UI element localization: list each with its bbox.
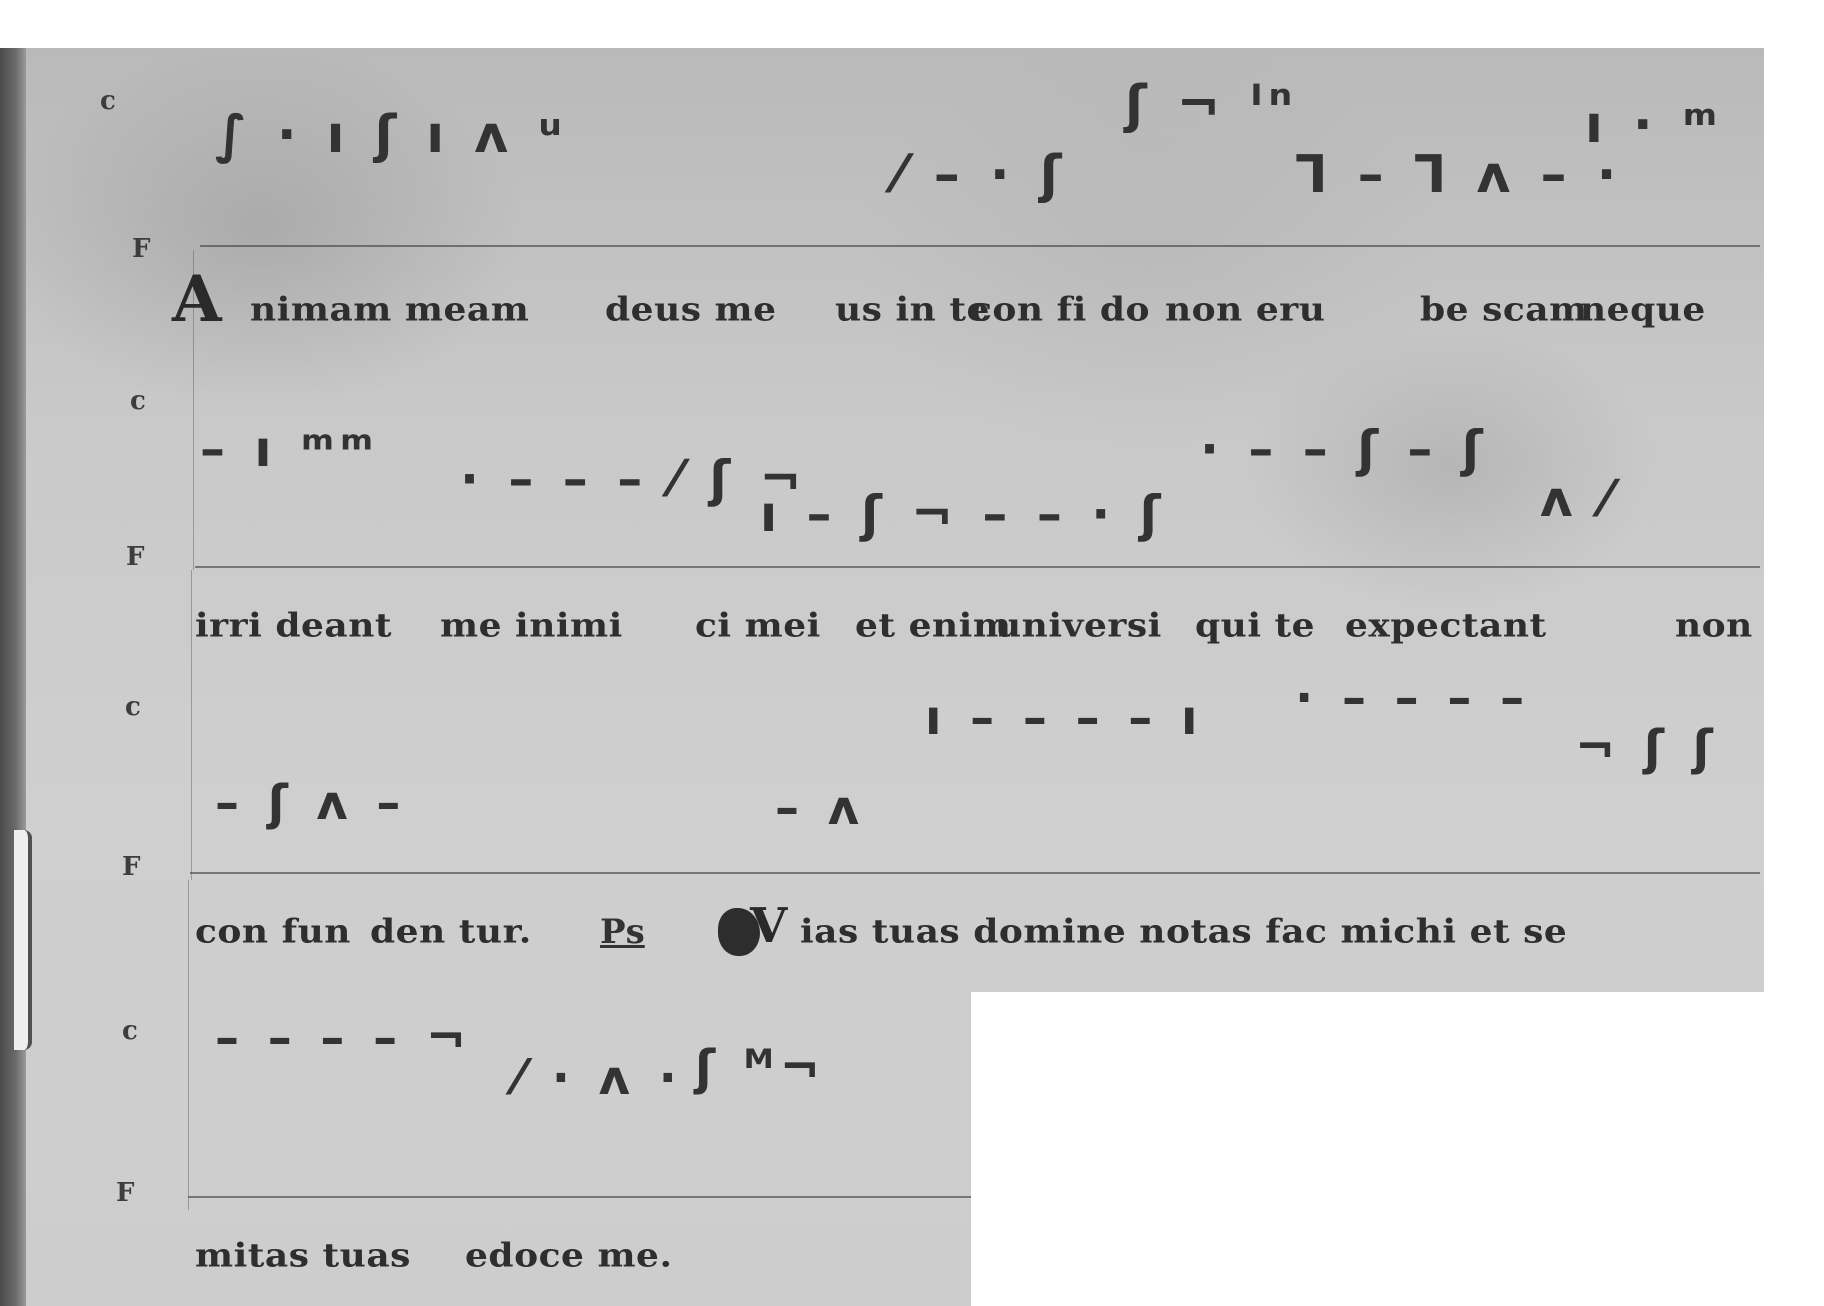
clef-letter: c bbox=[130, 388, 146, 414]
lyric-syllable: me inimi bbox=[440, 606, 623, 645]
lyric-line-4: mitas tuas edoce me. bbox=[195, 1236, 935, 1282]
clef-letter: F bbox=[126, 544, 144, 570]
neume-cluster: ⁄ – · ʃ bbox=[895, 145, 1067, 205]
lyric-syllable: deus me bbox=[605, 290, 777, 329]
lyric-syllable: expectant bbox=[1345, 606, 1547, 645]
lyric-syllable: non bbox=[1675, 606, 1753, 645]
lyric-syllable: be scam bbox=[1420, 290, 1588, 329]
neume-cluster: ᒣ – ᒣ ʌ – · bbox=[1295, 145, 1622, 205]
lyric-syllable: neque bbox=[1580, 290, 1706, 329]
neume-cluster: ʃ ᴹ¬ bbox=[695, 1040, 826, 1096]
neume-cluster: · – – – ⁄ ʃ ¬ bbox=[460, 450, 807, 508]
staff-ruling-1 bbox=[200, 245, 1760, 247]
neume-cluster: ¬ ʃ ʃ bbox=[1575, 720, 1718, 776]
page-binding-edge bbox=[0, 48, 26, 1306]
margin-ruling bbox=[191, 570, 192, 880]
neume-cluster: – ı ᵐᵐ bbox=[200, 420, 379, 478]
clef-letter: c bbox=[122, 1018, 138, 1044]
lyric-syllable: con fi do bbox=[970, 290, 1150, 329]
blank-cropped-area bbox=[971, 992, 1824, 1306]
decorated-initial: A bbox=[172, 268, 222, 332]
staff-ruling-3 bbox=[190, 872, 1760, 874]
lyric-syllable: et enim bbox=[855, 606, 1011, 645]
neume-cluster: ʌ ⁄ bbox=[1540, 470, 1616, 528]
lyric-syllable: nimam meam bbox=[250, 290, 529, 329]
staff-ruling-2 bbox=[195, 566, 1760, 568]
lyric-syllable: ci mei bbox=[695, 606, 821, 645]
lyric-syllable: irri deant bbox=[195, 606, 392, 645]
neume-cluster: ʃ ¬ ᴵⁿ bbox=[1125, 75, 1298, 135]
lyric-syllable: qui te bbox=[1195, 606, 1315, 645]
neume-cluster: – ʌ bbox=[775, 780, 865, 836]
neume-cluster: ı · ᵐ bbox=[1585, 95, 1723, 155]
neume-cluster: ı – – – – ı bbox=[925, 690, 1203, 746]
neume-cluster: · – – – – bbox=[1295, 670, 1530, 726]
lyric-syllable: universi bbox=[995, 606, 1162, 645]
lyric-syllable: con fun bbox=[195, 912, 351, 951]
staff-ruling-4 bbox=[188, 1196, 971, 1198]
neume-cluster: ∫ · ı ʃ ı ʌ ᵘ bbox=[215, 105, 568, 165]
neume-cluster: – – – – ¬ bbox=[215, 1010, 472, 1066]
lyric-line-1: nimam meam deus me us in te con fi do no… bbox=[250, 290, 1760, 336]
neume-cluster: ı – ʃ ¬ – – · ʃ bbox=[760, 485, 1166, 543]
neume-cluster: – ʃ ʌ – bbox=[215, 775, 406, 831]
psalm-marker: Ps bbox=[600, 912, 645, 952]
neume-cluster: ⁄ · ʌ · bbox=[515, 1050, 683, 1106]
psalm-verse-text: ias tuas domine notas fac michi et se bbox=[800, 912, 1567, 951]
lyric-syllable: us in te bbox=[835, 290, 990, 329]
lyric-syllable: mitas tuas bbox=[195, 1236, 411, 1275]
clef-letter: c bbox=[125, 694, 141, 720]
page-tear bbox=[14, 830, 32, 1050]
neume-cluster: · – – ʃ – ʃ bbox=[1200, 420, 1489, 478]
margin-ruling bbox=[188, 880, 189, 1210]
lyric-line-2: irri deant me inimi ci mei et enim unive… bbox=[195, 606, 1760, 652]
clef-letter: F bbox=[132, 236, 150, 262]
lyric-syllable: edoce me. bbox=[465, 1236, 672, 1275]
clef-letter: c bbox=[100, 88, 116, 114]
lyric-syllable: den tur. bbox=[370, 912, 532, 951]
clef-letter: F bbox=[122, 854, 140, 880]
clef-letter: F bbox=[116, 1180, 134, 1206]
lyric-syllable: non eru bbox=[1165, 290, 1325, 329]
psalm-initial: V bbox=[750, 902, 787, 950]
lyric-line-3: con fun den tur. bbox=[195, 912, 755, 958]
